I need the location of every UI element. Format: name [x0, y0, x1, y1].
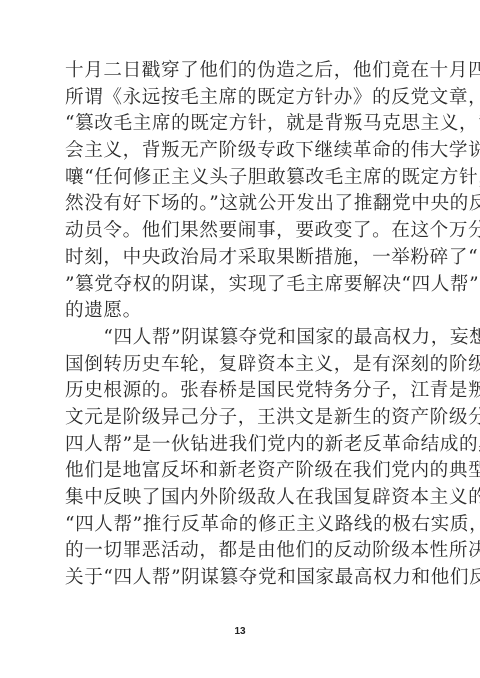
document-page: 十月二日戳穿了他们的伪造之后，他们竟在十月四日抛出 所谓《永远按毛主席的既定方针… — [0, 0, 480, 678]
text-line: 的遗愿。 — [65, 298, 415, 325]
text-line: 十月二日戳穿了他们的伪造之后，他们竟在十月四日抛出 — [65, 58, 415, 85]
text-line: 所谓《永远按毛主席的既定方针办》的反党文章，说什么 — [65, 85, 415, 112]
text-line: 历史根源的。张春桥是国民党特务分子，江青是叛徒，姚 — [65, 378, 415, 405]
text-line: 动员令。他们果然要闹事，要政变了。在这个万分危急的 — [65, 218, 415, 245]
text-line: 时刻，中央政治局才采取果断措施，一举粉碎了“四人帮 — [65, 245, 415, 272]
text-line: 国倒转历史车轮，复辟资本主义，是有深刻的阶级根源和 — [65, 352, 415, 379]
text-line: 的一切罪恶活动，都是由他们的反动阶级本性所决定的。 — [65, 538, 415, 565]
text-line: 嚷“任何修正主义头子胆敢篡改毛主席的既定方针，是绝 — [65, 165, 415, 192]
text-line: 会主义，背叛无产阶级专政下继续革命的伟大学说”，叫 — [65, 138, 415, 165]
text-line: 文元是阶级异己分子，王洪文是新生的资产阶级分子。“ — [65, 405, 415, 432]
body-text: 十月二日戳穿了他们的伪造之后，他们竟在十月四日抛出 所谓《永远按毛主席的既定方针… — [65, 58, 415, 592]
text-line: 关于“四人帮”阴谋篡夺党和国家最高权力和他们反革命 — [65, 565, 415, 592]
page-number: 13 — [0, 626, 480, 637]
text-line: “四人帮”推行反革命的修正主义路线的极右实质，他们 — [65, 512, 415, 539]
text-line: 四人帮”是一伙钻进我们党内的新老反革命结成的黑帮。 — [65, 432, 415, 459]
text-line: ”篡党夺权的阴谋，实现了毛主席要解决“四人帮”问题 — [65, 272, 415, 299]
text-line: 集中反映了国内外阶级敌人在我国复辟资本主义的愿望。 — [65, 485, 415, 512]
text-line: 他们是地富反坏和新老资产阶级在我们党内的典型代表， — [65, 458, 415, 485]
text-line: “四人帮”阴谋篡夺党和国家的最高权力，妄想在中 — [65, 325, 415, 352]
text-line: “篡改毛主席的既定方针，就是背叛马克思主义，背叛社 — [65, 111, 415, 138]
text-line: 然没有好下场的。”这就公开发出了推翻党中央的反革命 — [65, 191, 415, 218]
